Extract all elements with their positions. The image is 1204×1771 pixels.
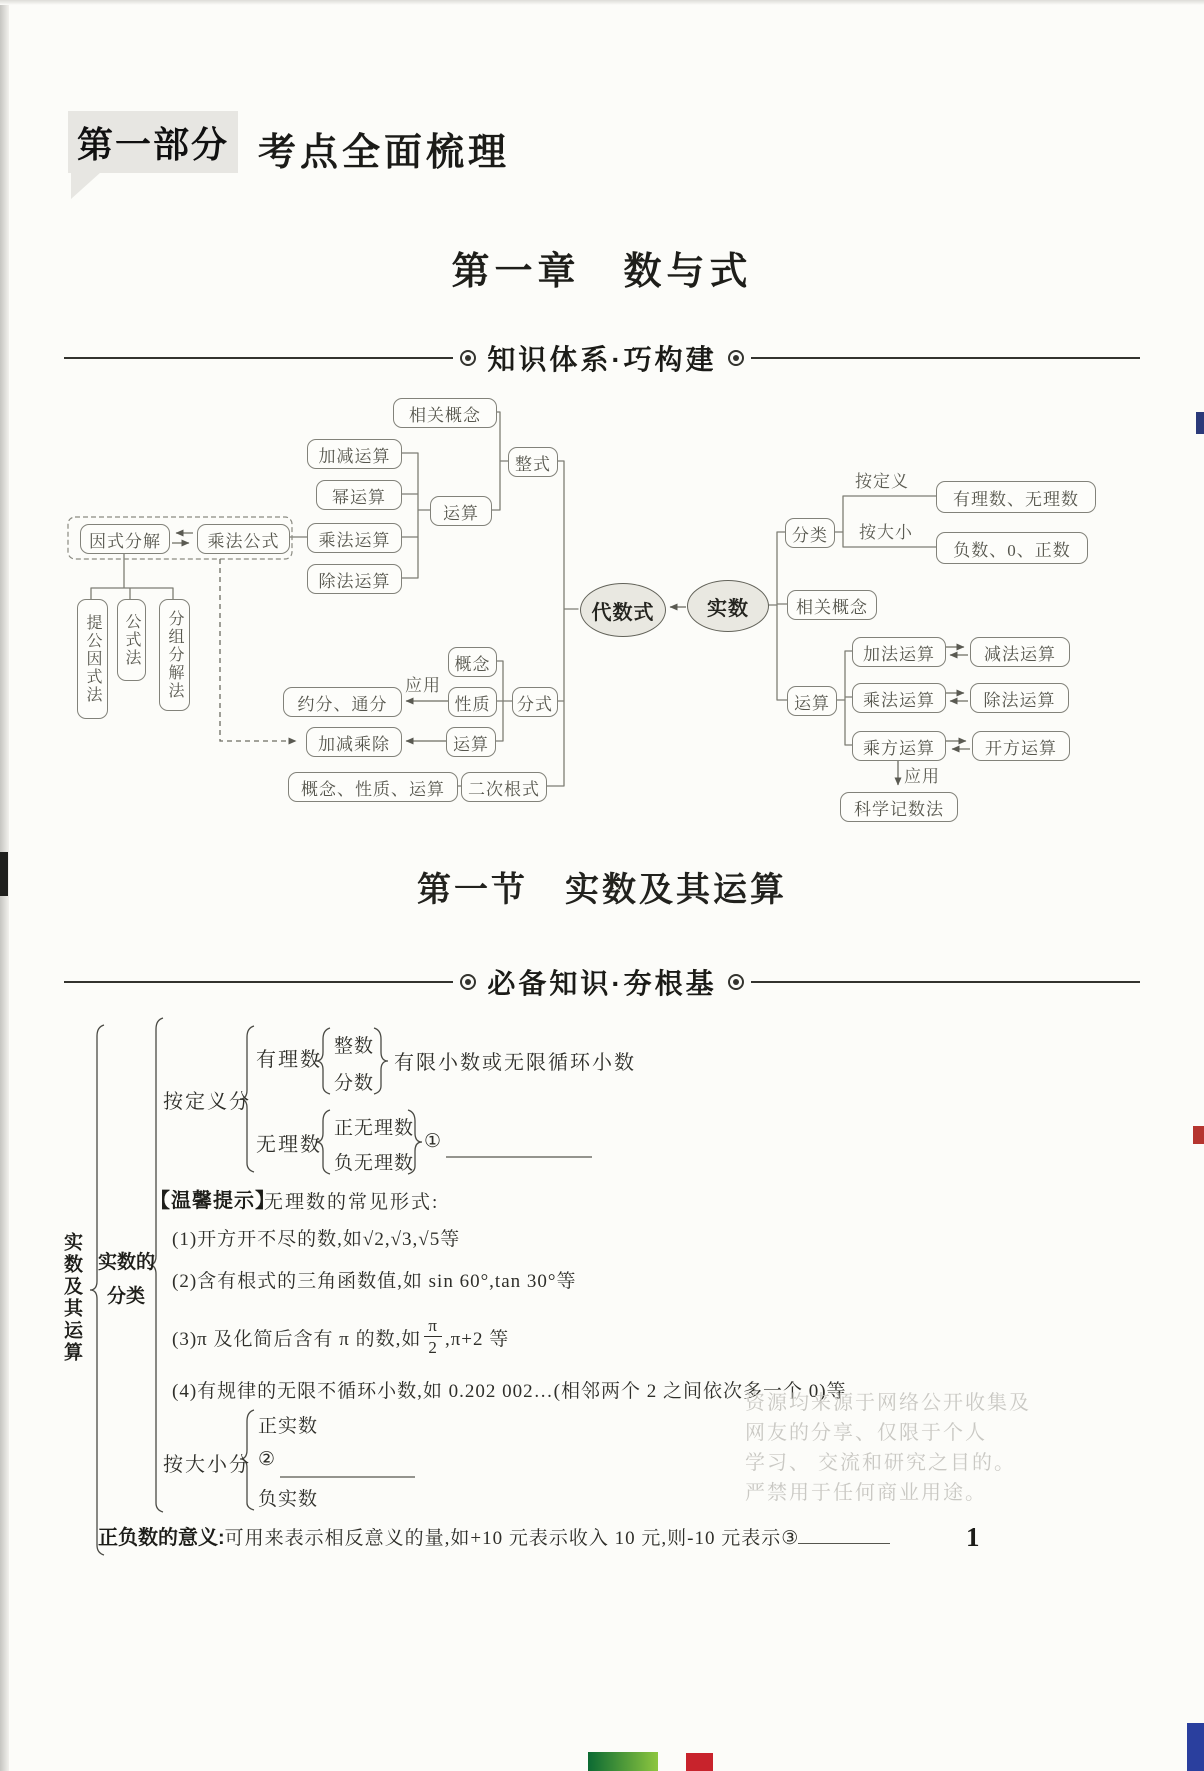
node-grouping-method: 分组分解法 bbox=[159, 599, 190, 711]
watermark: 资源均来源于网络公开收集及 网友的分享、仅限于个人 学习、 交流和研究之目的。 … bbox=[745, 1388, 1075, 1508]
node-rational-irrational: 有理数、无理数 bbox=[936, 481, 1096, 513]
tip-title: 无理数的常见形式: bbox=[264, 1187, 439, 1214]
tip-label: 【温馨提示】 bbox=[150, 1184, 276, 1213]
node-related-concepts-right: 相关概念 bbox=[787, 590, 877, 620]
outline-topic-vertical: 实数及其运算 bbox=[58, 1232, 85, 1377]
blank-3-marker: ③ bbox=[781, 1527, 798, 1550]
textbook-page: 第一部分 考点全面梳理 第一章 数与式 知识体系·巧构建 bbox=[0, 0, 1204, 1771]
edge-red-mark bbox=[1193, 1126, 1204, 1144]
node-formula-method: 公式法 bbox=[117, 599, 146, 681]
node-fraction-operation: 运算 bbox=[446, 727, 496, 757]
by-size-label: 按大小分 bbox=[163, 1448, 251, 1477]
node-factorization: 因式分解 bbox=[80, 524, 170, 554]
page-number: 1 bbox=[966, 1522, 980, 1553]
node-four-operations: 加减乘除 bbox=[306, 727, 402, 757]
tip-item-3-pre: (3)π 及化简后含有 π 的数,如 bbox=[172, 1324, 421, 1351]
fraction-label: 分数 bbox=[334, 1068, 374, 1095]
node-root-extraction: 开方运算 bbox=[972, 731, 1070, 761]
node-reduce-common-denominator: 约分、通分 bbox=[283, 687, 402, 717]
section-title: 第一节 实数及其运算 bbox=[0, 862, 1204, 911]
node-integral-expression: 整式 bbox=[508, 447, 558, 477]
banner-rule-left bbox=[64, 981, 453, 983]
node-common-factor-method: 提公因式法 bbox=[77, 599, 108, 719]
node-concept-property-operation: 概念、性质、运算 bbox=[288, 772, 458, 802]
watermark-line: 网友的分享、仅限于个人 bbox=[745, 1418, 1075, 1448]
bottom-blue-bar bbox=[1187, 1723, 1204, 1771]
pi-over-2-fraction: π 2 bbox=[424, 1316, 442, 1357]
node-multiply-operation: 乘法运算 bbox=[307, 523, 402, 553]
node-add-sub-operation: 加减运算 bbox=[307, 439, 402, 469]
node-addition: 加法运算 bbox=[852, 637, 946, 667]
node-fraction-concept: 概念 bbox=[448, 647, 497, 677]
blank-2-marker: ② bbox=[258, 1448, 276, 1471]
tip-item-3: (3)π 及化简后含有 π 的数,如 π 2 ,π+2 等 bbox=[172, 1312, 509, 1362]
positive-irrational-label: 正无理数 bbox=[334, 1113, 414, 1140]
node-subtraction: 减法运算 bbox=[970, 637, 1070, 667]
irrational-label: 无理数 bbox=[256, 1128, 322, 1157]
outline-group-label-line1: 实数的 bbox=[98, 1246, 155, 1280]
node-power-operation: 幂运算 bbox=[316, 480, 402, 510]
watermark-line: 严禁用于任何商业用途。 bbox=[745, 1478, 1075, 1508]
watermark-line: 资源均来源于网络公开收集及 bbox=[745, 1388, 1075, 1418]
node-exponentiation: 乘方运算 bbox=[852, 731, 946, 761]
node-algebraic-expression: 代数式 bbox=[580, 583, 666, 637]
sign-meaning-row: 正负数的意义: 可用来表示相反意义的量,如+10 元表示收入 10 元,则-10… bbox=[98, 1521, 890, 1550]
sign-meaning-text: 可用来表示相反意义的量,如+10 元表示收入 10 元,则-10 元表示 bbox=[225, 1523, 782, 1550]
negative-irrational-label: 负无理数 bbox=[334, 1148, 414, 1175]
node-classification: 分类 bbox=[785, 518, 835, 548]
node-operations-left: 运算 bbox=[430, 496, 492, 526]
sign-meaning-label: 正负数的意义: bbox=[98, 1521, 225, 1550]
positive-real-label: 正实数 bbox=[258, 1411, 318, 1438]
page-edge-tab bbox=[0, 852, 8, 896]
bottom-red-mark bbox=[686, 1753, 713, 1771]
tip-item-2: (2)含有根式的三角函数值,如 sin 60°,tan 30°等 bbox=[172, 1266, 577, 1293]
label-apply-right: 应用 bbox=[904, 762, 940, 787]
edge-blue-mark bbox=[1196, 412, 1204, 434]
blank-3-line bbox=[798, 1527, 890, 1544]
fraction-denominator: 2 bbox=[424, 1336, 442, 1358]
tip-item-1: (1)开方开不尽的数,如√2,√3,√5等 bbox=[172, 1224, 460, 1251]
banner-ring-icon bbox=[728, 974, 744, 990]
node-negative-zero-positive: 负数、0、正数 bbox=[936, 532, 1088, 564]
label-by-definition: 按定义 bbox=[855, 467, 909, 492]
watermark-line: 学习、 交流和研究之目的。 bbox=[745, 1448, 1075, 1478]
node-quadratic-radical: 二次根式 bbox=[461, 772, 547, 802]
blank-1-marker: ① bbox=[424, 1130, 442, 1153]
rational-label: 有理数 bbox=[256, 1043, 322, 1072]
node-divide-operation: 除法运算 bbox=[307, 564, 402, 594]
integer-label: 整数 bbox=[334, 1031, 374, 1058]
banner-ring-icon bbox=[460, 974, 476, 990]
node-operations-right: 运算 bbox=[787, 686, 837, 716]
node-fraction: 分式 bbox=[512, 687, 558, 717]
label-apply-left: 应用 bbox=[405, 671, 441, 696]
rational-note: 有限小数或无限循环小数 bbox=[394, 1046, 636, 1075]
fraction-numerator: π bbox=[424, 1316, 442, 1336]
basics-banner-title: 必备知识·夯根基 bbox=[487, 962, 716, 1002]
node-real-number: 实数 bbox=[687, 580, 769, 632]
node-multiplication-formula: 乘法公式 bbox=[197, 524, 290, 554]
arrows bbox=[172, 533, 970, 785]
by-definition-label: 按定义分 bbox=[163, 1085, 251, 1114]
outline-group-label: 实数的 分类 bbox=[98, 1246, 155, 1314]
node-multiplication: 乘法运算 bbox=[852, 683, 946, 713]
node-related-concepts-left: 相关概念 bbox=[393, 398, 497, 428]
node-division: 除法运算 bbox=[970, 683, 1069, 713]
banner-rule-right bbox=[751, 981, 1140, 983]
tip-item-3-post: ,π+2 等 bbox=[445, 1324, 509, 1351]
node-fraction-property: 性质 bbox=[448, 687, 497, 717]
node-scientific-notation: 科学记数法 bbox=[840, 792, 958, 822]
label-by-size: 按大小 bbox=[859, 518, 913, 543]
bottom-green-mark bbox=[588, 1752, 658, 1771]
negative-real-label: 负实数 bbox=[258, 1484, 318, 1511]
outline-group-label-line2: 分类 bbox=[98, 1280, 155, 1314]
basics-banner: 必备知识·夯根基 bbox=[64, 962, 1140, 1002]
